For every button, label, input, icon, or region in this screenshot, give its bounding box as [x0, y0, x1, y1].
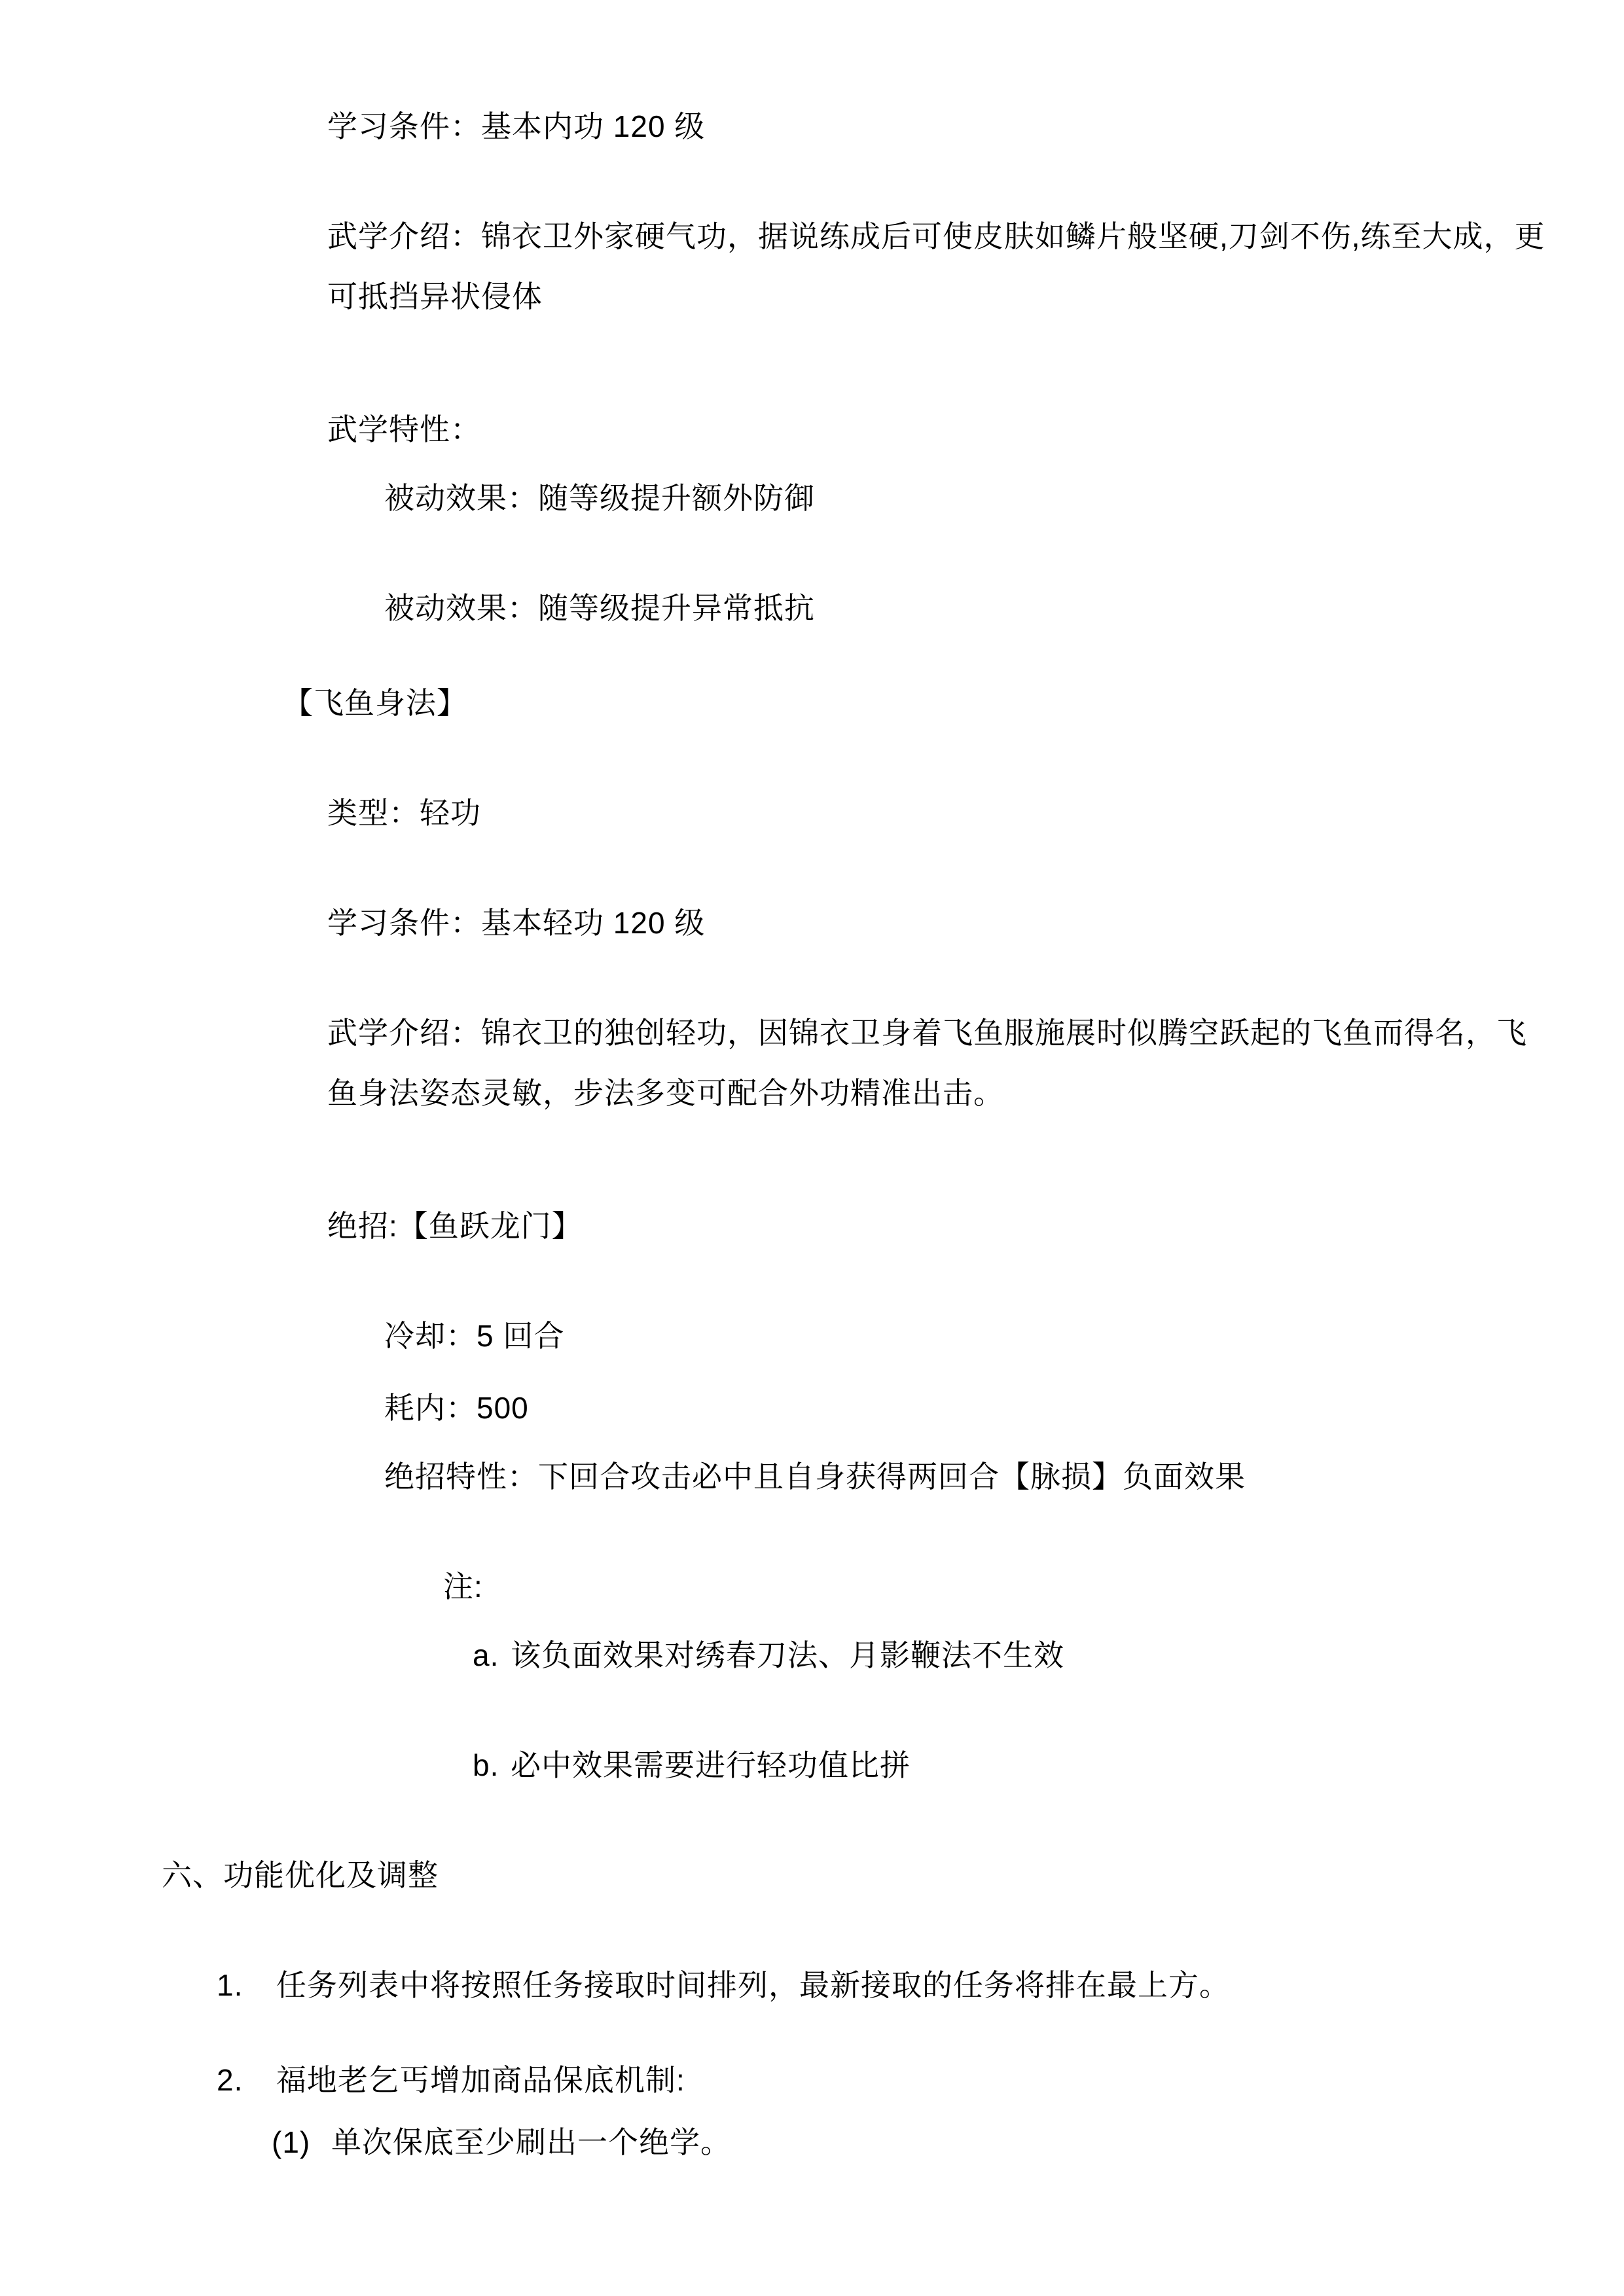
line-wuxue-intro-1b: 可抵挡异状侵体 — [327, 266, 1624, 327]
line-note-b: b.必中效果需要进行轻功值比拼 — [473, 1735, 1624, 1795]
line-text: 单次保底至少刷出一个绝学。 — [331, 2125, 731, 2159]
line-opt-item-2-sub-1: (1)单次保底至少刷出一个绝学。 — [272, 2112, 1624, 2172]
line-passive-effect-resist: 被动效果：随等级提升异常抵抗 — [384, 578, 1624, 638]
line-skill-title-feiyu: 【飞鱼身法】 — [283, 673, 1624, 733]
line-text: 必中效果需要进行轻功值比拼 — [511, 1748, 911, 1782]
document-page: 学习条件：基本内功 120 级武学介绍：锦衣卫外家硬气功，据说练成后可使皮肤如鳞… — [0, 0, 1624, 2296]
line-passive-effect-defense: 被动效果：随等级提升额外防御 — [384, 468, 1624, 528]
line-note-a: a.该负面效果对绣春刀法、月影鞭法不生效 — [473, 1625, 1624, 1685]
list-marker: (1) — [272, 2112, 331, 2172]
line-opt-item-2: 2.福地老乞丐增加商品保底机制: — [217, 2050, 1624, 2110]
line-wuxue-intro-1a: 武学介绍：锦衣卫外家硬气功，据说练成后可使皮肤如鳞片般坚硬,刀剑不伤,练至大成，… — [327, 206, 1624, 266]
line-learning-condition-neigong: 学习条件：基本内功 120 级 — [327, 96, 1624, 156]
line-section-six-heading: 六、功能优化及调整 — [162, 1845, 1624, 1905]
list-marker: 1. — [217, 1955, 276, 2015]
line-wuxue-intro-2a: 武学介绍：锦衣卫的独创轻功，因锦衣卫身着飞鱼服施展时似腾空跃起的飞鱼而得名，飞 — [327, 1003, 1624, 1063]
line-wuxue-traits-label: 武学特性： — [327, 399, 1624, 459]
line-text: 福地老乞丐增加商品保底机制: — [276, 2063, 685, 2097]
line-cooldown: 冷却：5 回合 — [384, 1306, 1624, 1366]
list-marker: a. — [473, 1625, 511, 1685]
line-type-qinggong: 类型：轻功 — [327, 783, 1624, 843]
line-learning-condition-qinggong: 学习条件：基本轻功 120 级 — [327, 893, 1624, 953]
line-ultimate-title: 绝招:【鱼跃龙门】 — [327, 1196, 1624, 1256]
list-marker: b. — [473, 1735, 511, 1795]
list-marker: 2. — [217, 2050, 276, 2110]
line-text: 该负面效果对绣春刀法、月影鞭法不生效 — [511, 1638, 1064, 1672]
line-text: 任务列表中将按照任务接取时间排列，最新接取的任务将排在最上方。 — [276, 1968, 1230, 2002]
line-wuxue-intro-2b: 鱼身法姿态灵敏，步法多变可配合外功精准出击。 — [327, 1063, 1624, 1123]
line-note-label: 注: — [443, 1556, 1624, 1617]
line-opt-item-1: 1.任务列表中将按照任务接取时间排列，最新接取的任务将排在最上方。 — [217, 1955, 1624, 2015]
line-ultimate-trait: 绝招特性：下回合攻击必中且自身获得两回合【脉损】负面效果 — [384, 1446, 1624, 1507]
line-cost: 耗内：500 — [384, 1378, 1624, 1438]
